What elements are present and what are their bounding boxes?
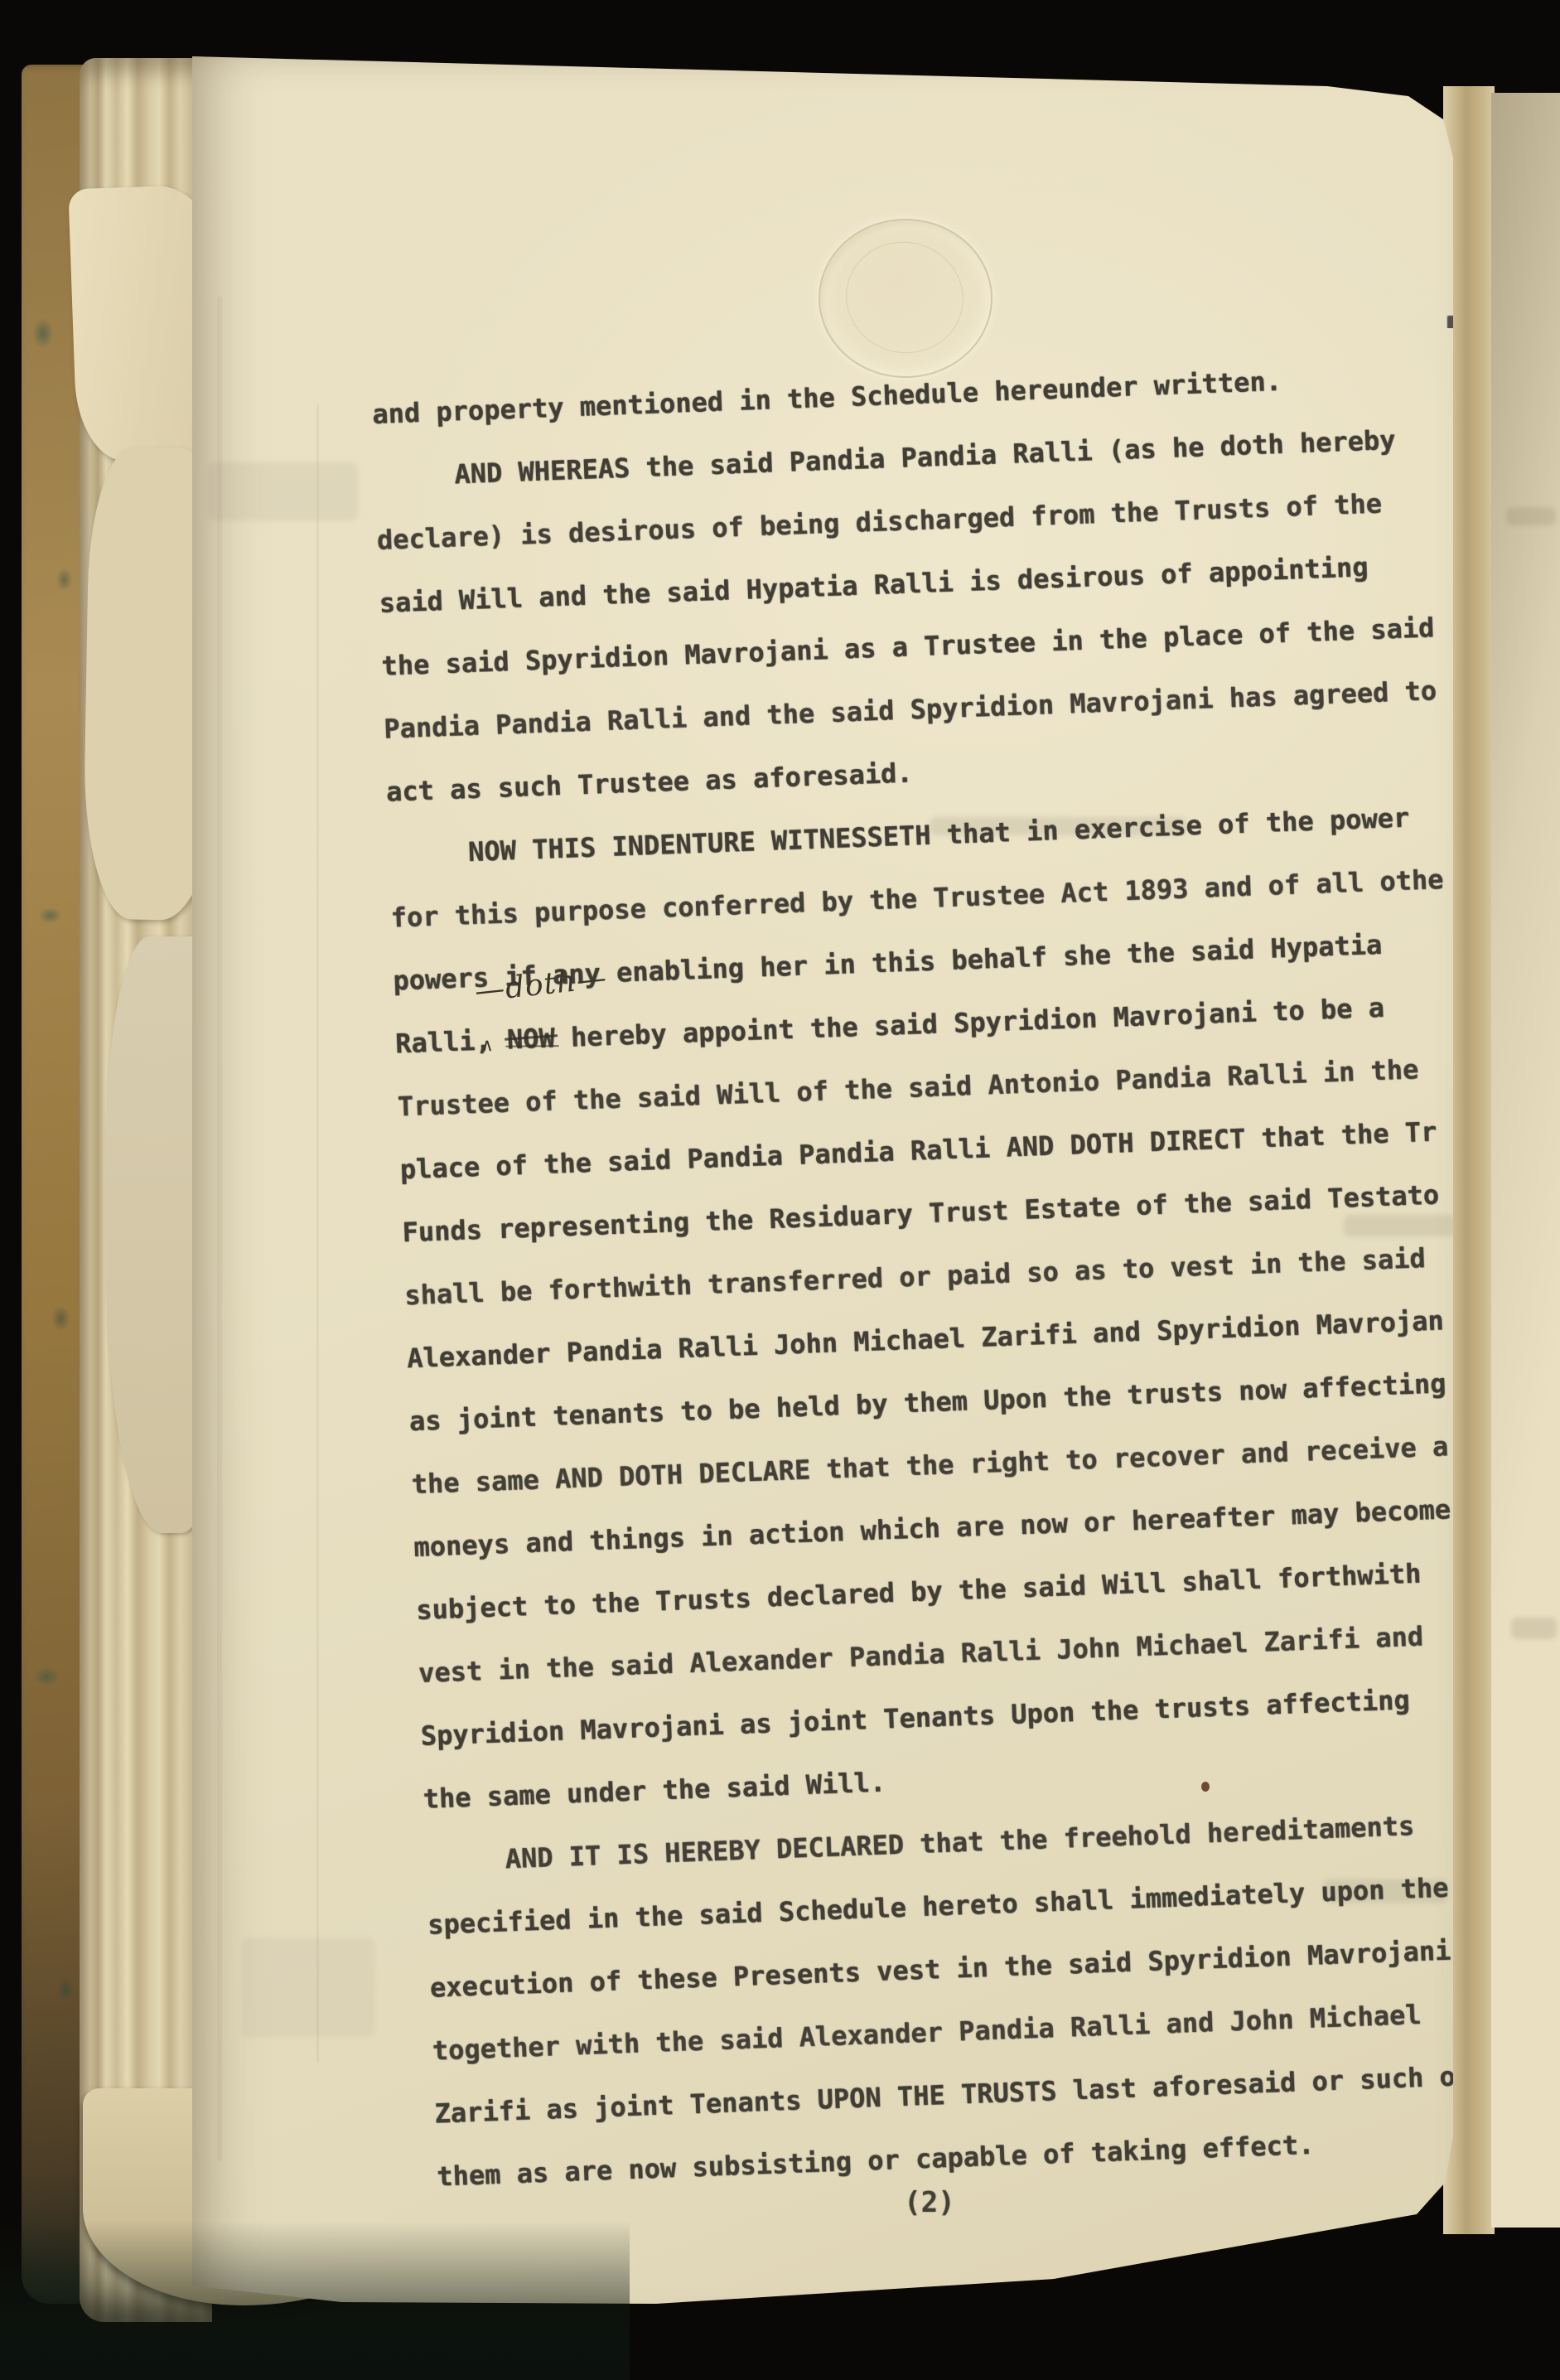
document-page: and property mentioned in the Schedule h… [192,48,1453,2323]
binding-staple [1447,315,1453,328]
page-number: (2) [838,2186,1021,2219]
bleed-through-smudge [209,462,358,520]
background-shadow [0,2221,630,2380]
caret-mark: ∧ [481,1033,493,1058]
bleed-through-smudge [242,1937,374,2037]
embossed-seal [819,219,993,378]
bleed-through-smudge [1511,1618,1557,1639]
typed-text-block: and property mentioned in the Schedule h… [371,341,1453,2208]
bleed-through-smudge [1506,507,1556,525]
page-shadow [1491,93,1560,2228]
page-crease [217,297,222,2161]
strikethrough-word: NOW [506,1006,557,1071]
ink-spot [1201,1782,1210,1792]
photograph-of-bound-deed-page: and property mentioned in the Schedule h… [0,0,1560,2380]
next-page-edge [1491,93,1560,2228]
page-crease [316,404,319,2062]
